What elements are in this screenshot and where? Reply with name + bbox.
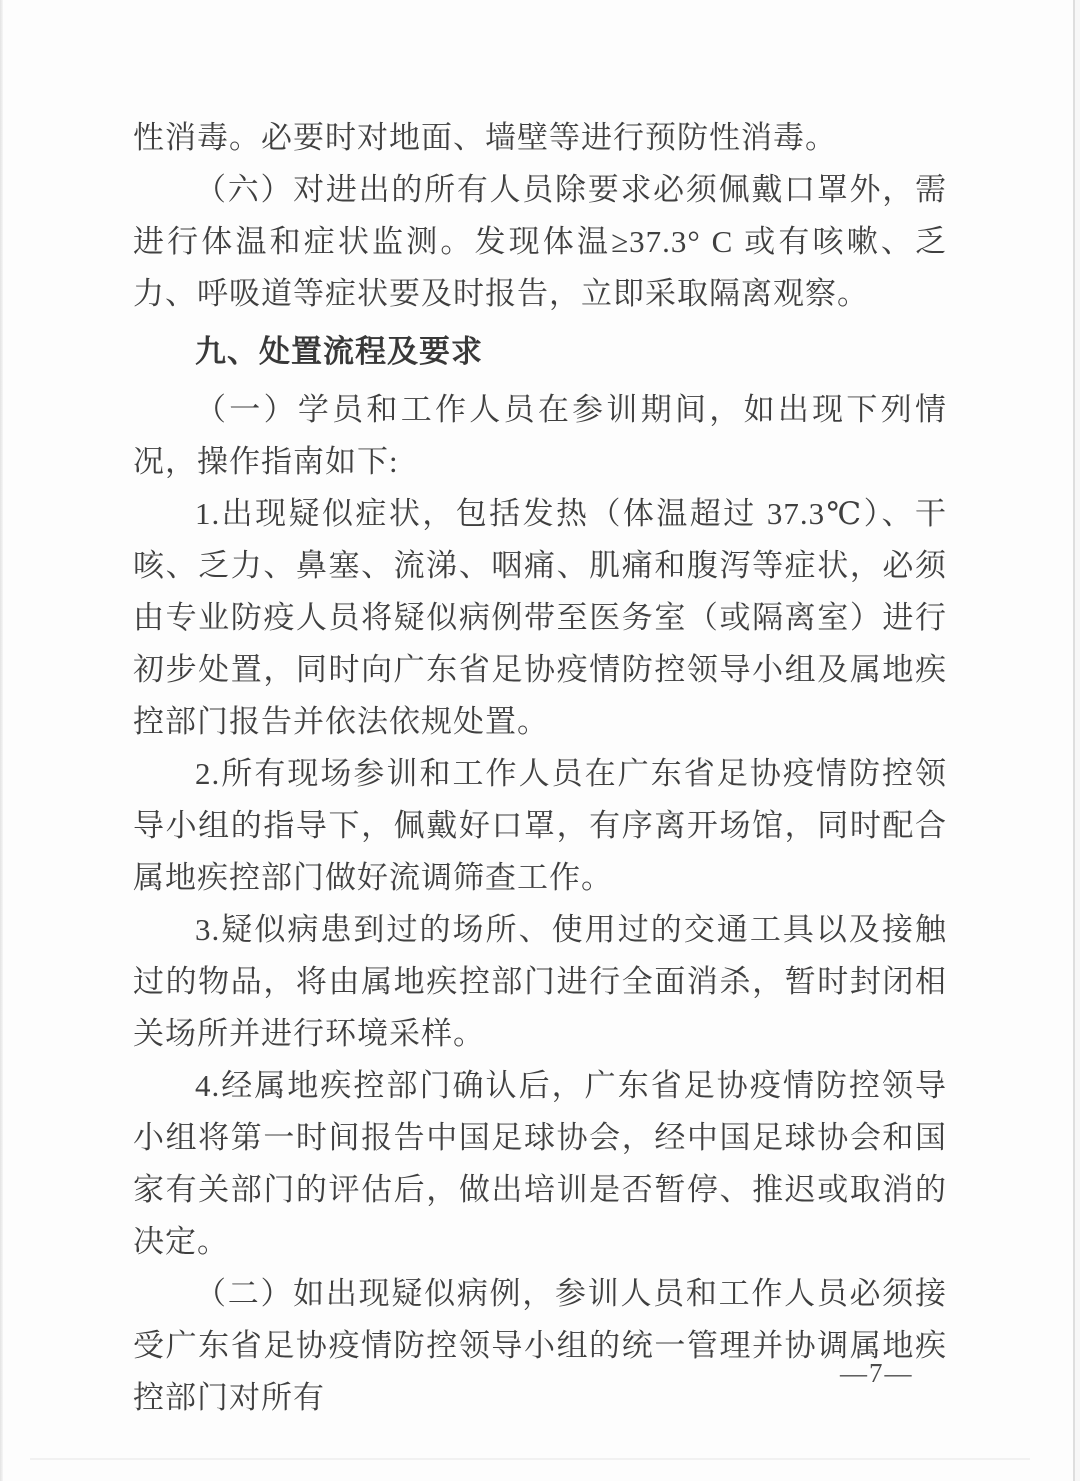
paragraph-continuation: 性消毒。必要时对地面、墙壁等进行预防性消毒。	[133, 112, 947, 164]
paragraph-item-6: （六）对进出的所有人员除要求必须佩戴口罩外，需进行体温和症状监测。发现体温≥37…	[133, 164, 947, 320]
scan-edge-left	[0, 0, 3, 1481]
paragraph-item-2: （二）如出现疑似病例，参训人员和工作人员必须接受广东省足协疫情防控领导小组的统一…	[133, 1268, 947, 1424]
page-number: —7—	[840, 1358, 914, 1389]
scan-smudge-bottom	[30, 1458, 1030, 1460]
document-body: 性消毒。必要时对地面、墙壁等进行预防性消毒。 （六）对进出的所有人员除要求必须佩…	[133, 112, 947, 1424]
document-page: 性消毒。必要时对地面、墙壁等进行预防性消毒。 （六）对进出的所有人员除要求必须佩…	[0, 0, 1080, 1481]
section-heading: 九、处置流程及要求	[133, 326, 947, 378]
scan-edge-right-band	[1075, 0, 1080, 1481]
paragraph-sub-1: 1.出现疑似症状，包括发热（体温超过 37.3℃）、干咳、乏力、鼻塞、流涕、咽痛…	[133, 488, 947, 748]
paragraph-item-1: （一）学员和工作人员在参训期间，如出现下列情况，操作指南如下:	[133, 384, 947, 488]
paragraph-sub-4: 4.经属地疾控部门确认后，广东省足协疫情防控领导小组将第一时间报告中国足球协会，…	[133, 1060, 947, 1268]
paragraph-sub-2: 2.所有现场参训和工作人员在广东省足协疫情防控领导小组的指导下，佩戴好口罩，有序…	[133, 748, 947, 904]
paragraph-sub-3: 3.疑似病患到过的场所、使用过的交通工具以及接触过的物品，将由属地疾控部门进行全…	[133, 904, 947, 1060]
